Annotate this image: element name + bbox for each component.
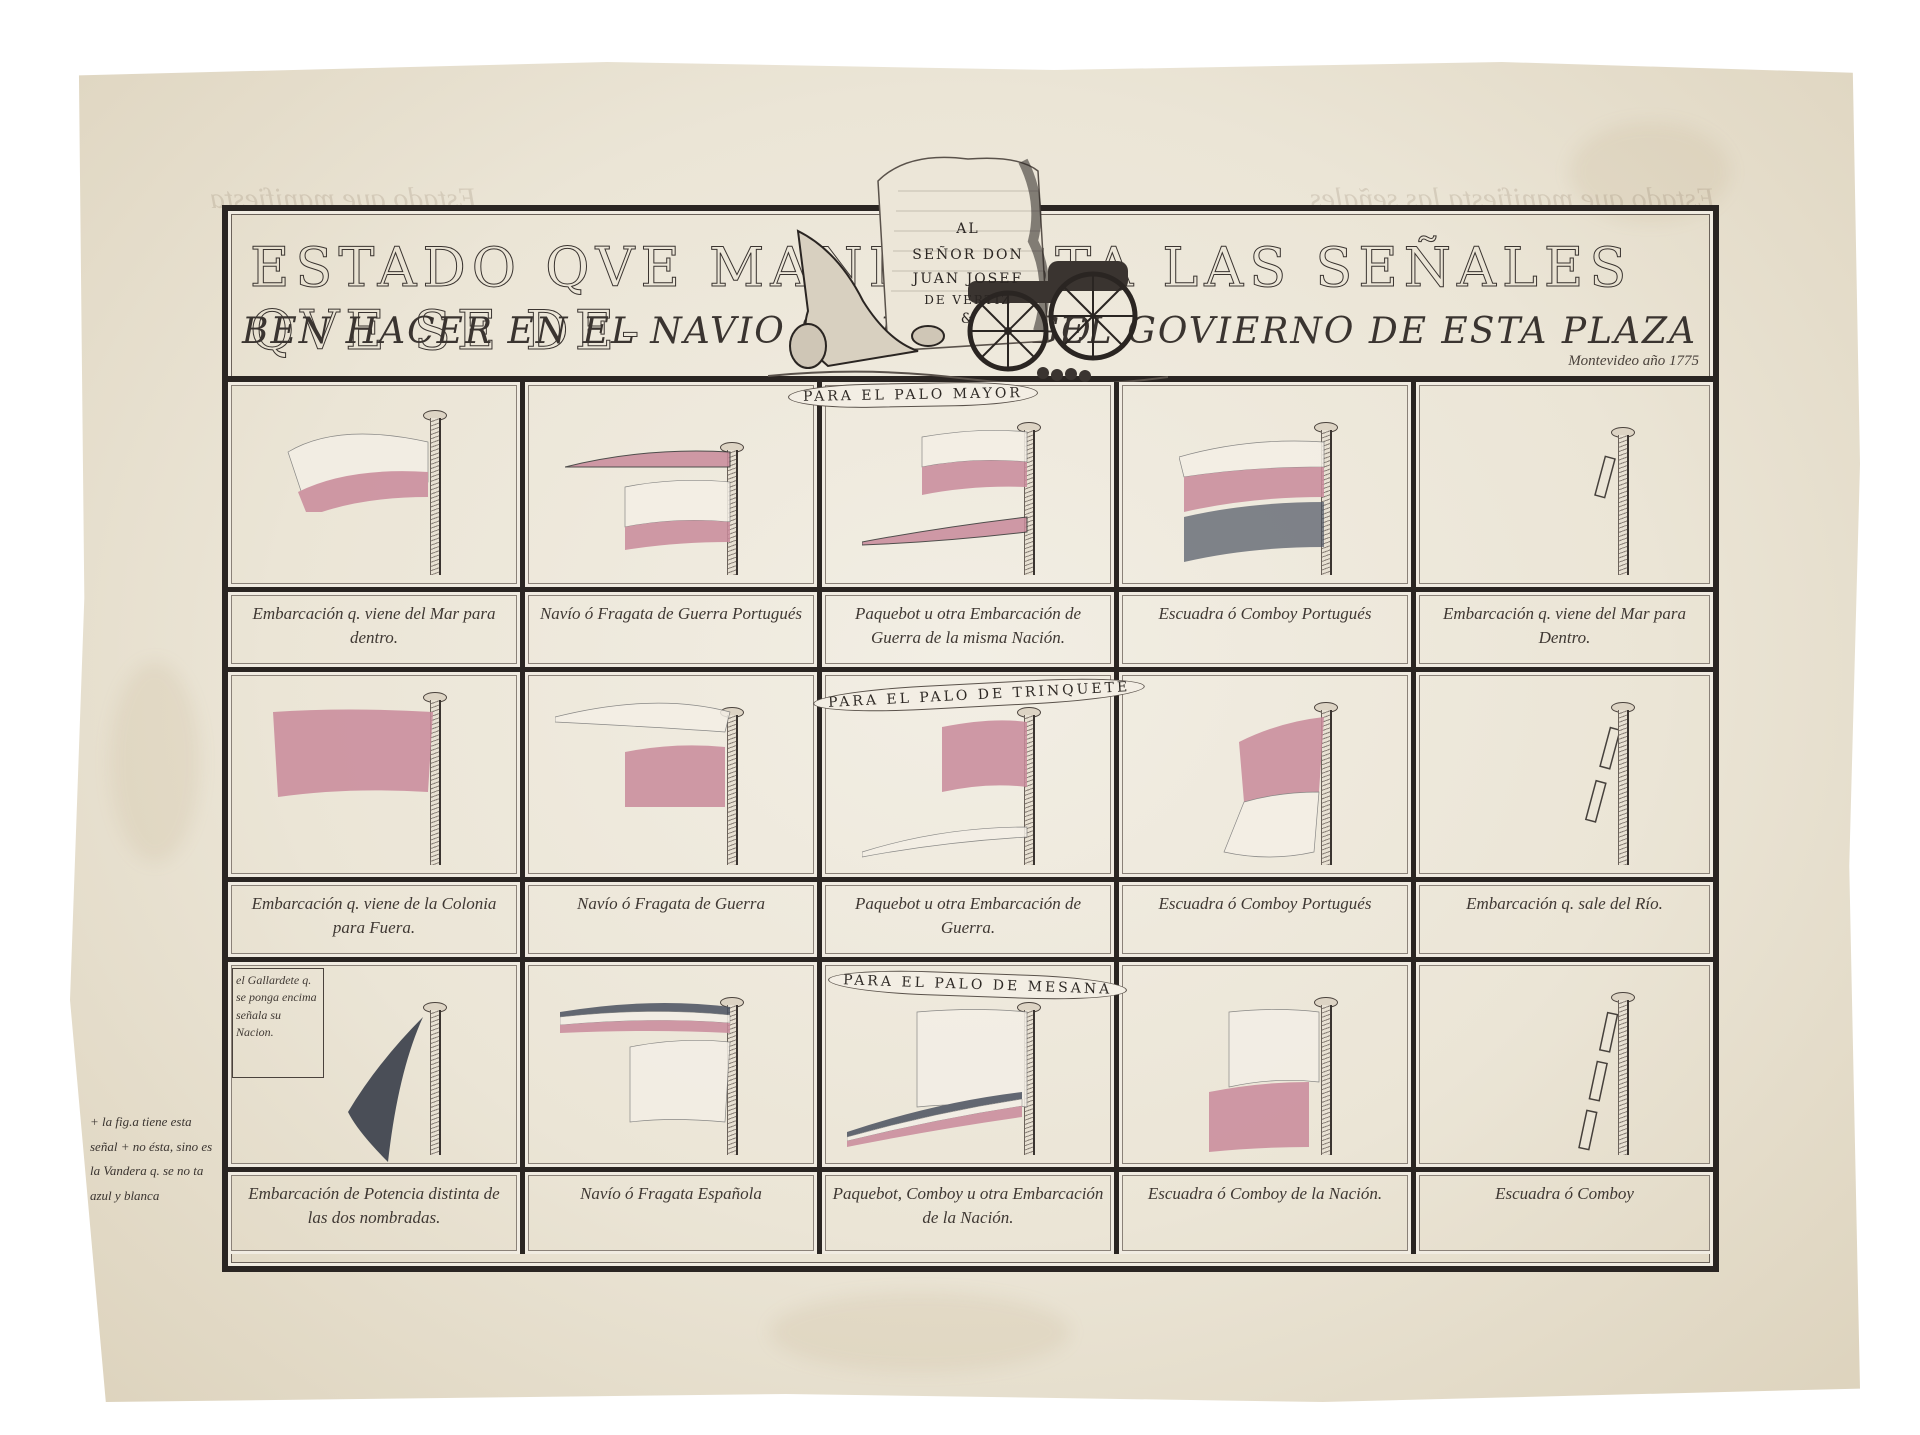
signal-table-frame: ESTADO QVE MANIFIESTA LAS SEÑALES QVE SE… [222, 205, 1719, 1272]
flag-white-with-tricolor-pennant-icon [847, 1007, 1032, 1147]
cannon-trophy-illustration [768, 141, 1168, 391]
gallardete-note: el Gallardete q. se ponga encima señala … [232, 968, 324, 1078]
signal-caption: Escuadra ó Comboy de la Nación. [1119, 1172, 1416, 1254]
signal-caption: Embarcación q. viene del Mar para dentro… [228, 592, 525, 672]
dedication-vignette: AL SEÑOR DON JUAN JOSEF DE VERTIZ & [768, 141, 1168, 391]
signal-grid: Embarcación q. viene del Mar para dentro… [228, 382, 1713, 1254]
stain [770, 1292, 1070, 1372]
margin-annotation: + la fig.a tiene esta señal + no ésta, s… [90, 1110, 215, 1209]
signal-caption: Escuadra ó Comboy Portugués [1119, 882, 1416, 962]
signal-caption: Navío ó Fragata Española [525, 1172, 822, 1254]
flag-pink-and-white-hanging-icon [1219, 712, 1329, 862]
signal-caption: Embarcación q. sale del Río. [1416, 882, 1713, 962]
signal-drawing-cell [228, 382, 525, 592]
flag-pink-icon [268, 707, 438, 797]
signal-caption: Embarcación de Potencia distinta de las … [228, 1172, 525, 1254]
flag-white-pink-blue-icon [1179, 437, 1329, 567]
signal-drawing-cell [1119, 382, 1416, 592]
signal-caption: Embarcación q. viene de la Colonia para … [228, 882, 525, 962]
signal-drawing-cell [1119, 962, 1416, 1172]
signal-lantern-double-icon [1584, 722, 1618, 842]
flag-tricolor-pennant-and-white-icon [560, 997, 735, 1127]
signal-drawing-cell [525, 672, 822, 882]
stain [110, 662, 200, 862]
dedication-line: JUAN JOSEF [768, 271, 1168, 287]
signal-caption: Navío ó Fragata de Guerra [525, 882, 822, 962]
signal-caption: Embarcación q. viene del Mar para Dentro… [1416, 592, 1713, 672]
signal-drawing-cell [525, 382, 822, 592]
signal-caption: Paquebot, Comboy u otra Embarcación de l… [822, 1172, 1119, 1254]
signal-drawing-cell [822, 382, 1119, 592]
signal-drawing-cell [1416, 962, 1713, 1172]
signal-caption: Navío ó Fragata de Guerra Portugués [525, 592, 822, 672]
signal-drawing-cell [525, 962, 822, 1172]
place-and-date: Montevideo año 1775 [1568, 353, 1699, 370]
signal-caption: Escuadra ó Comboy Portugués [1119, 592, 1416, 672]
signal-caption: Paquebot u otra Embarcación de Guerra. [822, 882, 1119, 962]
signal-drawing-cell [1119, 672, 1416, 882]
dedication-line: DE VERTIZ [768, 293, 1168, 307]
flag-white-pennant-and-pink-icon [555, 697, 735, 817]
flag-white-over-pink-hanging-icon [1199, 1007, 1329, 1157]
flag-dark-blue-hanging-icon [338, 1012, 433, 1162]
signal-lantern-icon [1594, 452, 1618, 512]
document-header: ESTADO QVE MANIFIESTA LAS SEÑALES QVE SE… [228, 211, 1713, 382]
signal-drawing-cell [1416, 672, 1713, 882]
signal-drawing-cell: el Gallardete q. se ponga encima señala … [228, 962, 525, 1172]
flag-white-over-pink-icon [278, 422, 438, 512]
flag-pink-with-white-pennant-icon [862, 712, 1032, 862]
signal-caption: Escuadra ó Comboy [1416, 1172, 1713, 1254]
signal-drawing-cell [228, 672, 525, 882]
dedication-line: AL [768, 221, 1168, 237]
signal-caption: Paquebot u otra Embarcación de Guerra de… [822, 592, 1119, 672]
signal-drawing-cell [1416, 382, 1713, 592]
dedication-line: & [768, 311, 1168, 327]
dedication-line: SEÑOR DON [768, 247, 1168, 263]
signal-lantern-triple-icon [1576, 1007, 1618, 1167]
flag-pennant-and-white-pink-icon [565, 442, 735, 552]
flag-white-pink-with-pennant-icon [862, 427, 1032, 557]
